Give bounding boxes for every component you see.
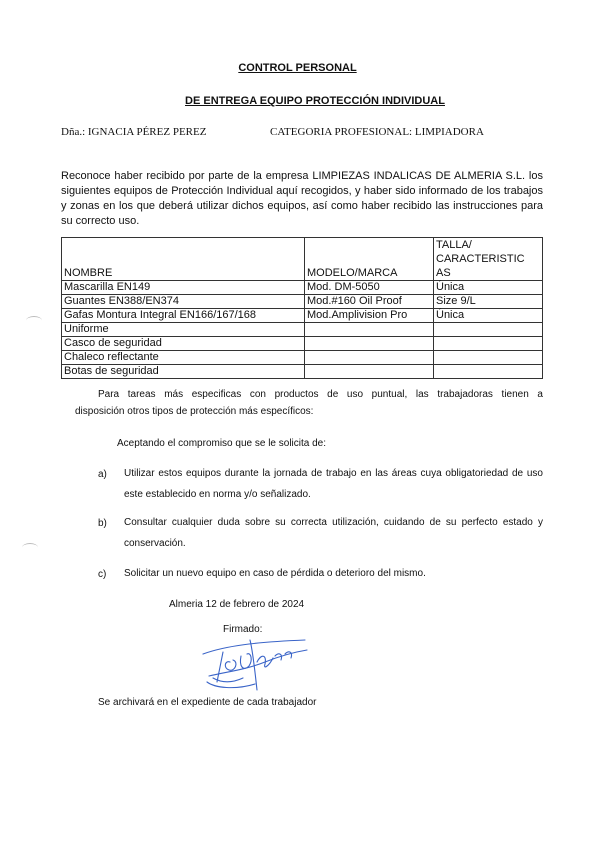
header-nombre: NOMBRE (62, 238, 305, 281)
table-row: Gafas Montura Integral EN166/167/168Mod.… (62, 309, 543, 323)
table-row: Casco de seguridad (62, 337, 543, 351)
table-row: Chaleco reflectante (62, 351, 543, 365)
ppe-table: NOMBRE MODELO/MARCA TALLA/ CARACTERISTIC… (61, 237, 543, 379)
cell-modelo: Mod.#160 Oil Proof (305, 295, 434, 309)
cell-nombre: Uniforme (62, 323, 305, 337)
signature (195, 632, 310, 697)
professional-category: CATEGORIA PROFESIONAL: LIMPIADORA (270, 126, 484, 138)
table-row: Botas de seguridad (62, 365, 543, 379)
archive-note: Se archivará en el expediente de cada tr… (98, 697, 316, 708)
specific-tasks-paragraph: Para tareas más especificas con producto… (98, 388, 543, 402)
cell-nombre: Casco de seguridad (62, 337, 305, 351)
item-letter: a) (98, 469, 107, 480)
table-header-row: NOMBRE MODELO/MARCA TALLA/ CARACTERISTIC… (62, 238, 543, 281)
worker-name: Dña.: IGNACIA PÉREZ PEREZ (61, 126, 206, 138)
cell-talla (434, 337, 543, 351)
cell-talla: Única (434, 281, 543, 295)
cell-talla (434, 323, 543, 337)
cell-modelo (305, 365, 434, 379)
header-modelo: MODELO/MARCA (305, 238, 434, 281)
item-text: Solicitar un nuevo equipo en caso de pér… (124, 563, 543, 584)
specific-tasks-paragraph-cont: disposición otros tipos de protección má… (75, 405, 313, 419)
cell-nombre: Mascarilla EN149 (62, 281, 305, 295)
table-row: Guantes EN388/EN374Mod.#160 Oil ProofSiz… (62, 295, 543, 309)
cell-talla: Size 9/L (434, 295, 543, 309)
cell-talla (434, 365, 543, 379)
document-title: CONTROL PERSONAL (0, 62, 595, 74)
acceptance-intro: Aceptando el compromiso que se le solici… (117, 437, 326, 451)
intro-paragraph: Reconoce haber recibido por parte de la … (61, 169, 543, 229)
item-text: Consultar cualquier duda sobre su correc… (124, 512, 543, 554)
punch-hole-mark (26, 316, 42, 325)
date-line: Almeria 12 de febrero de 2024 (169, 599, 304, 610)
cell-nombre: Guantes EN388/EN374 (62, 295, 305, 309)
cell-modelo (305, 351, 434, 365)
cell-nombre: Chaleco reflectante (62, 351, 305, 365)
cell-modelo: Mod.Amplivision Pro (305, 309, 434, 323)
table-row: Mascarilla EN149Mod. DM-5050Única (62, 281, 543, 295)
punch-hole-mark (22, 543, 38, 552)
item-letter: c) (98, 569, 106, 580)
item-letter: b) (98, 518, 107, 529)
item-text: Utilizar estos equipos durante la jornad… (124, 463, 543, 505)
cell-nombre: Botas de seguridad (62, 365, 305, 379)
table-row: Uniforme (62, 323, 543, 337)
cell-talla (434, 351, 543, 365)
cell-nombre: Gafas Montura Integral EN166/167/168 (62, 309, 305, 323)
cell-modelo: Mod. DM-5050 (305, 281, 434, 295)
cell-modelo (305, 323, 434, 337)
document-subtitle: DE ENTREGA EQUIPO PROTECCIÓN INDIVIDUAL (0, 95, 595, 107)
header-talla: TALLA/ CARACTERISTIC AS (434, 238, 543, 281)
cell-talla: Única (434, 309, 543, 323)
cell-modelo (305, 337, 434, 351)
